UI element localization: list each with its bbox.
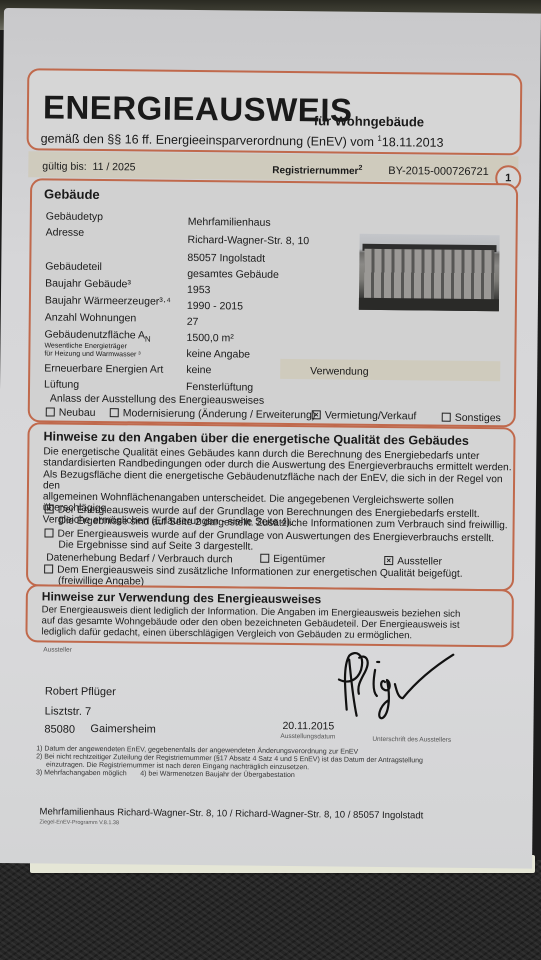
field-value-ventilation: Fensterlüftung	[186, 381, 253, 394]
occasion-new-build[interactable]: Neubau	[46, 406, 96, 419]
issuer-city: Gaimersheim	[90, 723, 156, 736]
field-value-heater-year: 1990 - 2015	[187, 300, 243, 313]
occasion-other-label: Sonstiges	[455, 412, 501, 424]
valid-until-value: 11 / 2025	[92, 161, 135, 173]
basis-demand-option[interactable]: ×Der Energieausweis wurde auf der Grundl…	[45, 504, 508, 531]
issue-date: 20.11.2015	[282, 720, 334, 733]
field-label-year-built: Baujahr Gebäude³	[45, 277, 131, 290]
occasion-other[interactable]: Sonstiges	[442, 412, 501, 425]
background-fabric	[0, 860, 541, 960]
photo-facade	[364, 249, 495, 300]
occasion-rental-sale[interactable]: ×Vermietung/Verkauf	[312, 409, 417, 422]
building-section-title: Gebäude	[44, 186, 100, 202]
notes-section: Hinweise zu den Angaben über die energet…	[26, 422, 516, 591]
usage-text: Der Energieausweis dient lediglich der I…	[41, 604, 460, 641]
header-box: ENERGIEAUSWEIS für Wohngebäude gemäß den…	[27, 68, 523, 155]
footnotes: 1) Datum der angewendeten EnEV, gegebene…	[36, 745, 423, 781]
building-photo	[359, 234, 500, 311]
issuer-caption: Aussteller	[43, 646, 72, 653]
registration-strip: gültig bis: 11 / 2025 Registriernummer2 …	[28, 151, 518, 182]
field-value-building-type: Mehrfamilienhaus	[188, 216, 271, 229]
registration-label: Registriernummer2	[272, 164, 362, 177]
owner-label: Eigentümer	[273, 554, 325, 566]
field-label-heater-year: Baujahr Wärmeerzeuger³·⁴	[45, 294, 171, 307]
energy-certificate-page: ENERGIEAUSWEIS für Wohngebäude gemäß den…	[0, 8, 541, 869]
floor-area-label-text: Gebäudenutzfläche A	[45, 328, 146, 341]
occasion-modernization-label: Modernisierung (Änderung / Erweiterung)	[123, 407, 316, 421]
issuer-zip: 85080	[44, 723, 75, 735]
field-label-ventilation: Lüftung	[44, 378, 79, 390]
footnote-ref: 2	[358, 165, 362, 172]
building-section: Gebäude Gebäudetyp Mehrfamilienhaus Adre…	[28, 178, 519, 427]
validity: gültig bis: 11 / 2025	[42, 160, 135, 173]
document-title: ENERGIEAUSWEIS	[43, 88, 353, 129]
field-value-address-street: Richard-Wagner-Str. 8, 10	[188, 234, 310, 247]
energy-carrier-label-line2: für Heizung und Warmwasser ³	[44, 350, 140, 359]
enev-date: 18.11.2013	[382, 135, 444, 150]
field-label-renewables: Erneuerbare Energien Art	[44, 362, 163, 375]
checkbox-modernization[interactable]	[110, 408, 119, 417]
floor-area-subscript: N	[145, 335, 151, 344]
data-collection-label: Datenerhebung Bedarf / Verbrauch durch	[46, 552, 232, 565]
registration-label-text: Registriernummer	[272, 165, 358, 177]
issuer-label: Aussteller	[397, 556, 442, 567]
field-label-building-type: Gebäudetyp	[46, 210, 103, 223]
basis-consumption-option[interactable]: Der Energieausweis wurde auf der Grundla…	[44, 528, 494, 555]
field-value-year-built: 1953	[187, 284, 210, 296]
checkbox-basis-demand[interactable]: ×	[45, 504, 54, 513]
checkbox-rental-sale[interactable]: ×	[312, 410, 321, 419]
field-label-address: Adresse	[46, 226, 85, 238]
field-label-apartments: Anzahl Wohnungen	[45, 311, 137, 324]
footnote-3: 3) Mehrfachangaben möglich	[36, 769, 127, 777]
checkbox-additional-info[interactable]	[44, 564, 53, 573]
notes-section-title: Hinweise zu den Angaben über die energet…	[43, 429, 468, 447]
field-value-apartments: 27	[187, 316, 199, 328]
footnote-4: 4) bei Wärmenetzen Baujahr der Übergabes…	[140, 770, 295, 779]
footer-software: Ziegel-EnEV-Programm V.8.1.38	[39, 819, 119, 826]
issue-date-caption: Ausstellungsdatum	[280, 733, 335, 741]
usage-section-title: Hinweise zur Verwendung des Energieauswe…	[42, 589, 322, 606]
data-collection-owner[interactable]: Eigentümer	[260, 554, 325, 566]
field-value-energy-carrier: keine Angabe	[186, 348, 250, 361]
occasion-label: Anlass der Ausstellung des Energieauswei…	[50, 393, 264, 407]
checkbox-other[interactable]	[442, 412, 451, 421]
photo-ground	[359, 298, 499, 311]
registration-number: BY-2015-000726721	[388, 165, 489, 178]
legal-basis-text: gemäß den §§ 16 ff. Energieeinsparverord…	[41, 132, 374, 149]
data-collection-issuer[interactable]: ×Aussteller	[384, 556, 442, 568]
document-title-suffix: für Wohngebäude	[314, 113, 424, 129]
checkbox-basis-consumption[interactable]	[44, 528, 53, 537]
checkbox-issuer[interactable]: ×	[384, 556, 393, 565]
occasion-rental-sale-label: Vermietung/Verkauf	[325, 409, 417, 422]
checkbox-new-build[interactable]	[46, 407, 55, 416]
issuer-name: Robert Pflüger	[45, 685, 116, 698]
signature	[334, 648, 465, 729]
field-value-address-city: 85057 Ingolstadt	[187, 252, 265, 265]
signature-caption: Unterschrift des Ausstellers	[372, 736, 451, 744]
issuer-street: Lisztstr. 7	[45, 705, 92, 717]
field-value-floor-area: 1500,0 m²	[186, 332, 233, 344]
legal-basis: gemäß den §§ 16 ff. Energieeinsparverord…	[41, 130, 444, 149]
field-label-energy-carrier: Wesentliche Energieträger für Heizung un…	[44, 342, 140, 359]
usage-section: Hinweise zur Verwendung des Energieauswe…	[25, 584, 514, 647]
usage-label: Verwendung	[310, 365, 369, 378]
field-label-floor-area: Gebäudenutzfläche AN	[44, 328, 150, 343]
field-label-building-part: Gebäudeteil	[45, 260, 102, 273]
occasion-new-build-label: Neubau	[59, 407, 96, 419]
field-value-building-part: gesamtes Gebäude	[187, 268, 279, 281]
occasion-modernization[interactable]: Modernisierung (Änderung / Erweiterung)	[110, 407, 316, 421]
valid-until-label: gültig bis:	[42, 160, 86, 172]
field-value-renewables: keine	[186, 364, 211, 376]
checkbox-owner[interactable]	[260, 554, 269, 563]
